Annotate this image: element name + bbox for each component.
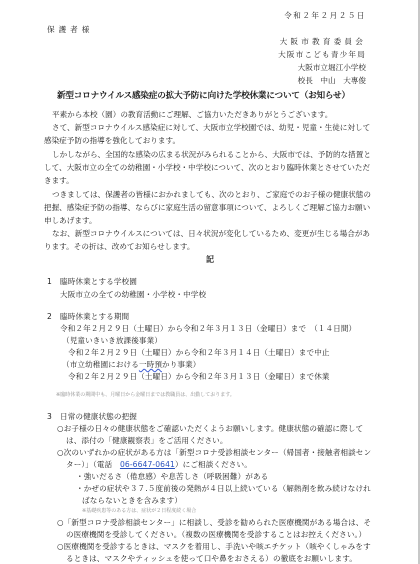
bullet-3-line-2: の医療機関を受診してください。（複数の医療機関を受診することはお控えください。） [66,530,366,540]
section-2-sub1-period: 令和２年２月２９日（土曜日）から令和２年３月１４日（土曜日）まで中止 [68,348,330,358]
sub2-label-pre: （市立幼稚園における [62,360,139,369]
section-1-body: 大阪市立の全ての幼稚園・小学校・中学校 [60,290,206,300]
intro-paragraph-3: しかしながら、全国的な感染の広まる状況がみられることから、大阪市では、予防的な措… [44,148,374,188]
bullet-2-line-2: ター）」（電話 06-6647-0641）にご相談ください。 [66,460,252,470]
section-1-number: 1 [47,277,52,287]
intro-paragraph-2: さて、新型コロナウイルス感染症に対して、大阪市立学校園では、幼児・児童・生徒に対… [44,121,374,147]
section-2-sub2-label: （市立幼稚園における一時預かり事業） [62,360,201,370]
bullet-4-line-2: るときは、マスクやティッシュを使って口や鼻をおさえる）の徹底をお願いします。 [66,554,357,564]
bullet-4-line-1: ○医療機関を受診するときは、マスクを着用し、手洗いや咳エチケット（咳やくしゃみを… [57,542,371,552]
section-2-heading: 臨時休業とする期間 [60,312,129,322]
bullet-2-line-1: ○次のいずれかの症状がある方は「新型コロナ受診相談センター（帰国者・接触者相談セ… [57,448,371,458]
intro-paragraph-1: 平素から本校（園）の教育活動にご理解、ご協力いただきありがとうございます。 [44,108,374,121]
section-1-heading: 臨時休業とする学校園 [60,277,137,287]
sub2-label-wavy: 一時預 [139,360,162,369]
bullet-1-line-2: は、添付の「健康観察表」をご活用ください。 [66,436,228,446]
symptom-item-2-line-2: ばならないときを含みます） [82,496,182,506]
symptom-item-2-line-1: ・かぜの症状や３７.５度前後の発熱が４日以上続いている（解熱剤を飲み続けなけれ [76,484,371,494]
sender-line-4: 校長 中山 大專俊 [298,75,366,86]
section-2-number: 2 [47,312,52,322]
ki-marker: 記 [206,254,214,265]
document-date: 令和２年２月２５日 [284,10,366,21]
bullet-1-line-1: ○お子様の日々の健康状態をご確認いただくようお願いします。健康状態の確認に際して [57,424,363,434]
symptom-note: ※基礎疾患等のある方は、症状が２日程度続く場合 [82,508,196,515]
section-2-sub1-label: （児童いきいき放課後事業） [62,336,162,346]
sender-line-3: 大阪市立堀江小学校 [298,62,366,73]
phone-link[interactable]: 06-6647-0641 [120,460,175,469]
addressee: 保護者様 [47,24,93,35]
intro-paragraph-4: つきましては、保護者の皆様におかれましても、次のとおり、ご家庭でのお子様の健康状… [44,188,374,228]
section-2-sub2-period: 令和２年２月２９日（土曜日）から令和２年３月１３日（金曜日）まで休業 [68,372,330,382]
symptom-item-1: ・強いだるさ（倦怠感）や息苦しさ（呼吸困難）がある [76,472,268,482]
section-2-note: ※臨時休業の期間中も、月曜日から金曜日までは教職員は、出勤しております。 [56,392,235,399]
sender-line-1: 大阪市教育委員会 [280,36,366,47]
section-2-period-main: 令和２年２月２９日（土曜日）から令和２年３月１３日（金曜日）まで （１４日間） [60,324,356,334]
section-3-number: 3 [47,412,52,422]
sub2-label-post: かり事業） [162,360,200,369]
document-title: 新型コロナウイルス感染症の拡大予防に向けた学校休業について（お知らせ） [57,89,350,101]
intro-paragraph-5: なお、新型コロナウイルスについては、日々状況が変化しているため、変更が生じる場合… [44,227,374,253]
document-page: 令和２年２月２５日 保護者様 大阪市教育委員会 大阪市こども青少年局 大阪市立堀… [0,0,418,564]
phone-suffix: ）にご相談ください。 [175,460,252,469]
phone-prefix: ター）」（電話 [66,460,120,469]
sender-line-2: 大阪市こども青少年局 [278,49,366,60]
section-3-heading: 日常の健康状態の把握 [60,412,137,422]
bullet-3-line-1: ○「新型コロナ受診相談センター」に相談し、受診を勧められた医療機関がある場合は、… [57,518,371,528]
